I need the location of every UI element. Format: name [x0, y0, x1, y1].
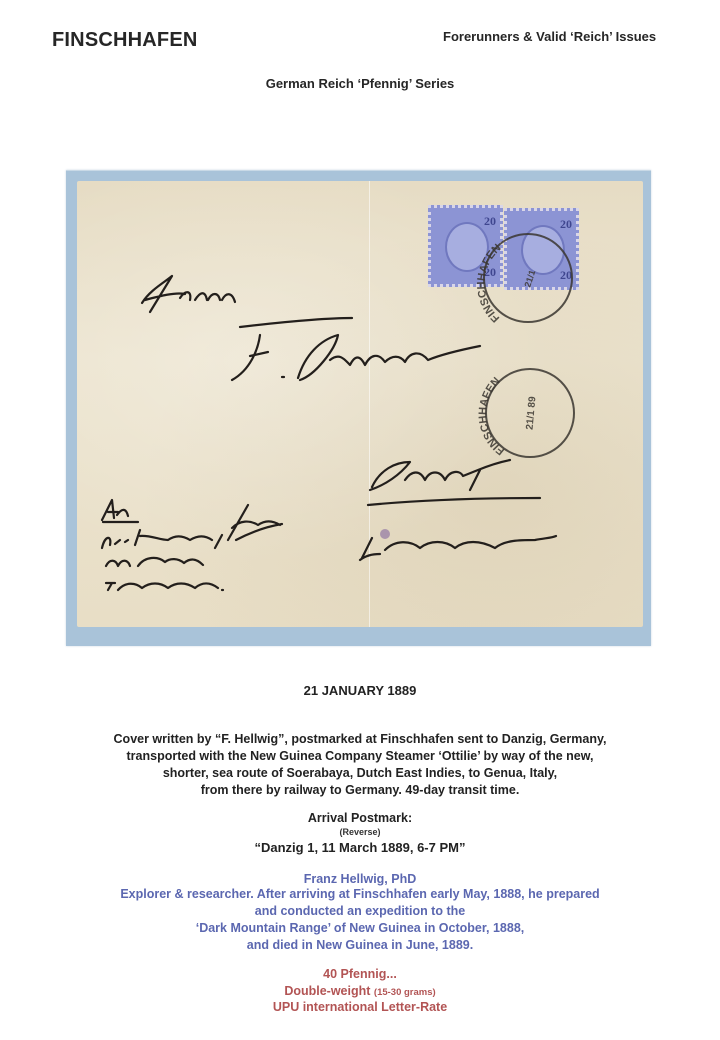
rate-type: UPU international Letter-Rate — [60, 1000, 660, 1014]
bio-name: Franz Hellwig, PhD — [60, 872, 660, 886]
arrival-postmark-text: “Danzig 1, 11 March 1889, 6-7 PM” — [60, 840, 660, 855]
arrival-postmark-label: Arrival Postmark: — [60, 811, 660, 825]
ink-blot — [380, 529, 390, 539]
bio-text: Explorer & researcher. After arriving at… — [60, 886, 660, 954]
rate-weight: Double-weight (15-30 grams) — [60, 984, 660, 998]
description-line: from there by railway to Germany. 49-day… — [60, 782, 660, 799]
cover-description: Cover written by “F. Hellwig”, postmarke… — [60, 731, 660, 799]
svg-text:21/1 89: 21/1 89 — [525, 396, 539, 431]
handwriting-street — [360, 536, 556, 560]
cover-date: 21 JANUARY 1889 — [60, 683, 660, 698]
description-line: Cover written by “F. Hellwig”, postmarke… — [60, 731, 660, 748]
bio-line: ‘Dark Mountain Range’ of New Guinea in O… — [60, 920, 660, 937]
handwriting-city — [368, 460, 540, 505]
handwriting-abs — [102, 500, 138, 522]
bio-line: and conducted an expedition to the — [60, 903, 660, 920]
svg-text:21/1: 21/1 — [522, 269, 537, 289]
rate-weight-label: Double-weight — [284, 984, 370, 998]
description-line: transported with the New Guinea Company … — [60, 748, 660, 765]
rate-weight-range: (15-30 grams) — [374, 987, 436, 998]
handwriting-sender-name — [102, 530, 222, 548]
description-line: shorter, sea route of Soerabaya, Dutch E… — [60, 765, 660, 782]
handwriting-sender-line3 — [106, 583, 223, 590]
bio-line: and died in New Guinea in June, 1889. — [60, 937, 660, 954]
handwriting-name — [232, 318, 480, 380]
bio-line: Explorer & researcher. After arriving at… — [60, 886, 660, 903]
rate-amount: 40 Pfennig... — [60, 967, 660, 981]
handwriting-herrn — [142, 276, 235, 312]
handwriting-frei — [228, 505, 282, 540]
postmark-town-text: FINSCHHAFEN — [477, 375, 507, 457]
handwriting-sender-line2 — [106, 558, 203, 566]
arrival-postmark-side: (Reverse) — [60, 827, 660, 837]
